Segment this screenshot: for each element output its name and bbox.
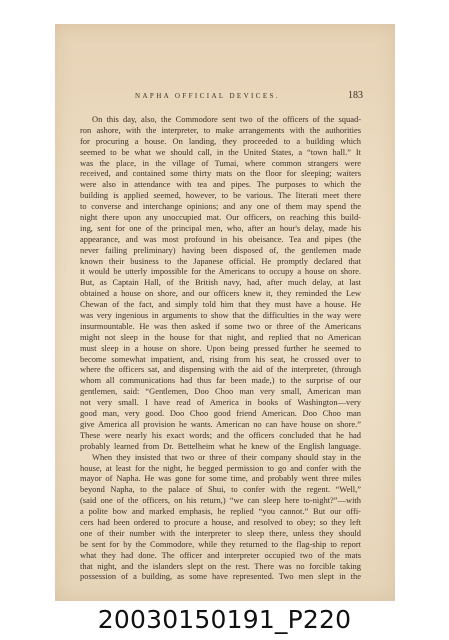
text-line: one of their number with the interpreter… [80,528,361,539]
text-line: received, and contained some thirty mats… [80,168,361,179]
text-line: (said one of the officers, on his return… [80,495,361,506]
text-line: night there upon any unoccupied mat. Our… [80,212,361,223]
text-line: for procuring a house. On landing, they … [80,136,361,147]
text-line: mayor of Napha. He was gone for some tim… [80,473,361,484]
text-line: beyond Napha, to the palace of Shui, to … [80,484,361,495]
text-line: was very ingenious in arguments to show … [80,310,361,321]
text-line: These were nearly his exact words; and t… [80,430,361,441]
text-line: On this day, also, the Commodore sent tw… [80,114,361,125]
text-line: a polite bow and marked emphasis, he rep… [80,506,361,517]
text-line: be sent for by the Commodore, while they… [80,539,361,550]
text-line: what they had done. The officer and inte… [80,550,361,561]
text-line: appearance, and was most profound in his… [80,234,361,245]
scanned-book-page: NAPHA OFFICIAL DEVICES. 183 On this day,… [55,24,395,601]
text-line: house, at least for the night, he begged… [80,463,361,474]
text-line: seemed to be what we should call, in the… [80,147,361,158]
text-line: not very small. I have read of America i… [80,397,361,408]
text-line: give America all provision he wants. Ame… [80,419,361,430]
text-line: might not sleep in the house for that ni… [80,332,361,343]
text-line: was the place, in the village of Tumai, … [80,158,361,169]
text-line: known their business to the Japanese off… [80,256,361,267]
text-line: insurmountable. He was then asked if som… [80,321,361,332]
text-line: possession of a building, as some have r… [80,571,361,582]
text-line: whom all communications had thus far bee… [80,375,361,386]
text-line: gentlemen, said: “Gentlemen, Doo Choo ma… [80,386,361,397]
text-line: obtained a house on shore, and our offic… [80,288,361,299]
text-line: were also in attendance with tea and pip… [80,179,361,190]
text-line: But, as Captain Hall, of the British nav… [80,277,361,288]
text-line: Chewan of the fact, and simply told him … [80,299,361,310]
text-line: probably learned from Dr. Bettelheim wha… [80,441,361,452]
text-line: become somewhat impatient, and, rising f… [80,354,361,365]
image-caption: 20030150191_P220 [0,605,449,634]
text-line: where the officers sat, and dispensing w… [80,364,361,375]
page-header: NAPHA OFFICIAL DEVICES. 183 [80,91,360,103]
text-line: must sleep in a house on shore. Upon bei… [80,343,361,354]
text-line: never failing preliminary) having been d… [80,245,361,256]
text-line: to converse and interchange opinions; an… [80,201,361,212]
page-number: 183 [348,90,363,101]
running-title: NAPHA OFFICIAL DEVICES. [135,92,280,100]
text-line: building is applied seemed, however, to … [80,190,361,201]
body-text: On this day, also, the Commodore sent tw… [80,114,361,582]
text-line: ing, sent for one of the principal men, … [80,223,361,234]
text-line: that night, and the islanders slept on t… [80,561,361,572]
text-line: cers had been ordered to procure a house… [80,517,361,528]
text-line: it would be utterly impossible for the A… [80,266,361,277]
text-line: good man, very good. Doo Choo good frien… [80,408,361,419]
text-line: ron ashore, with the interpreter, to mak… [80,125,361,136]
text-line: When they insisted that two or three of … [80,452,361,463]
